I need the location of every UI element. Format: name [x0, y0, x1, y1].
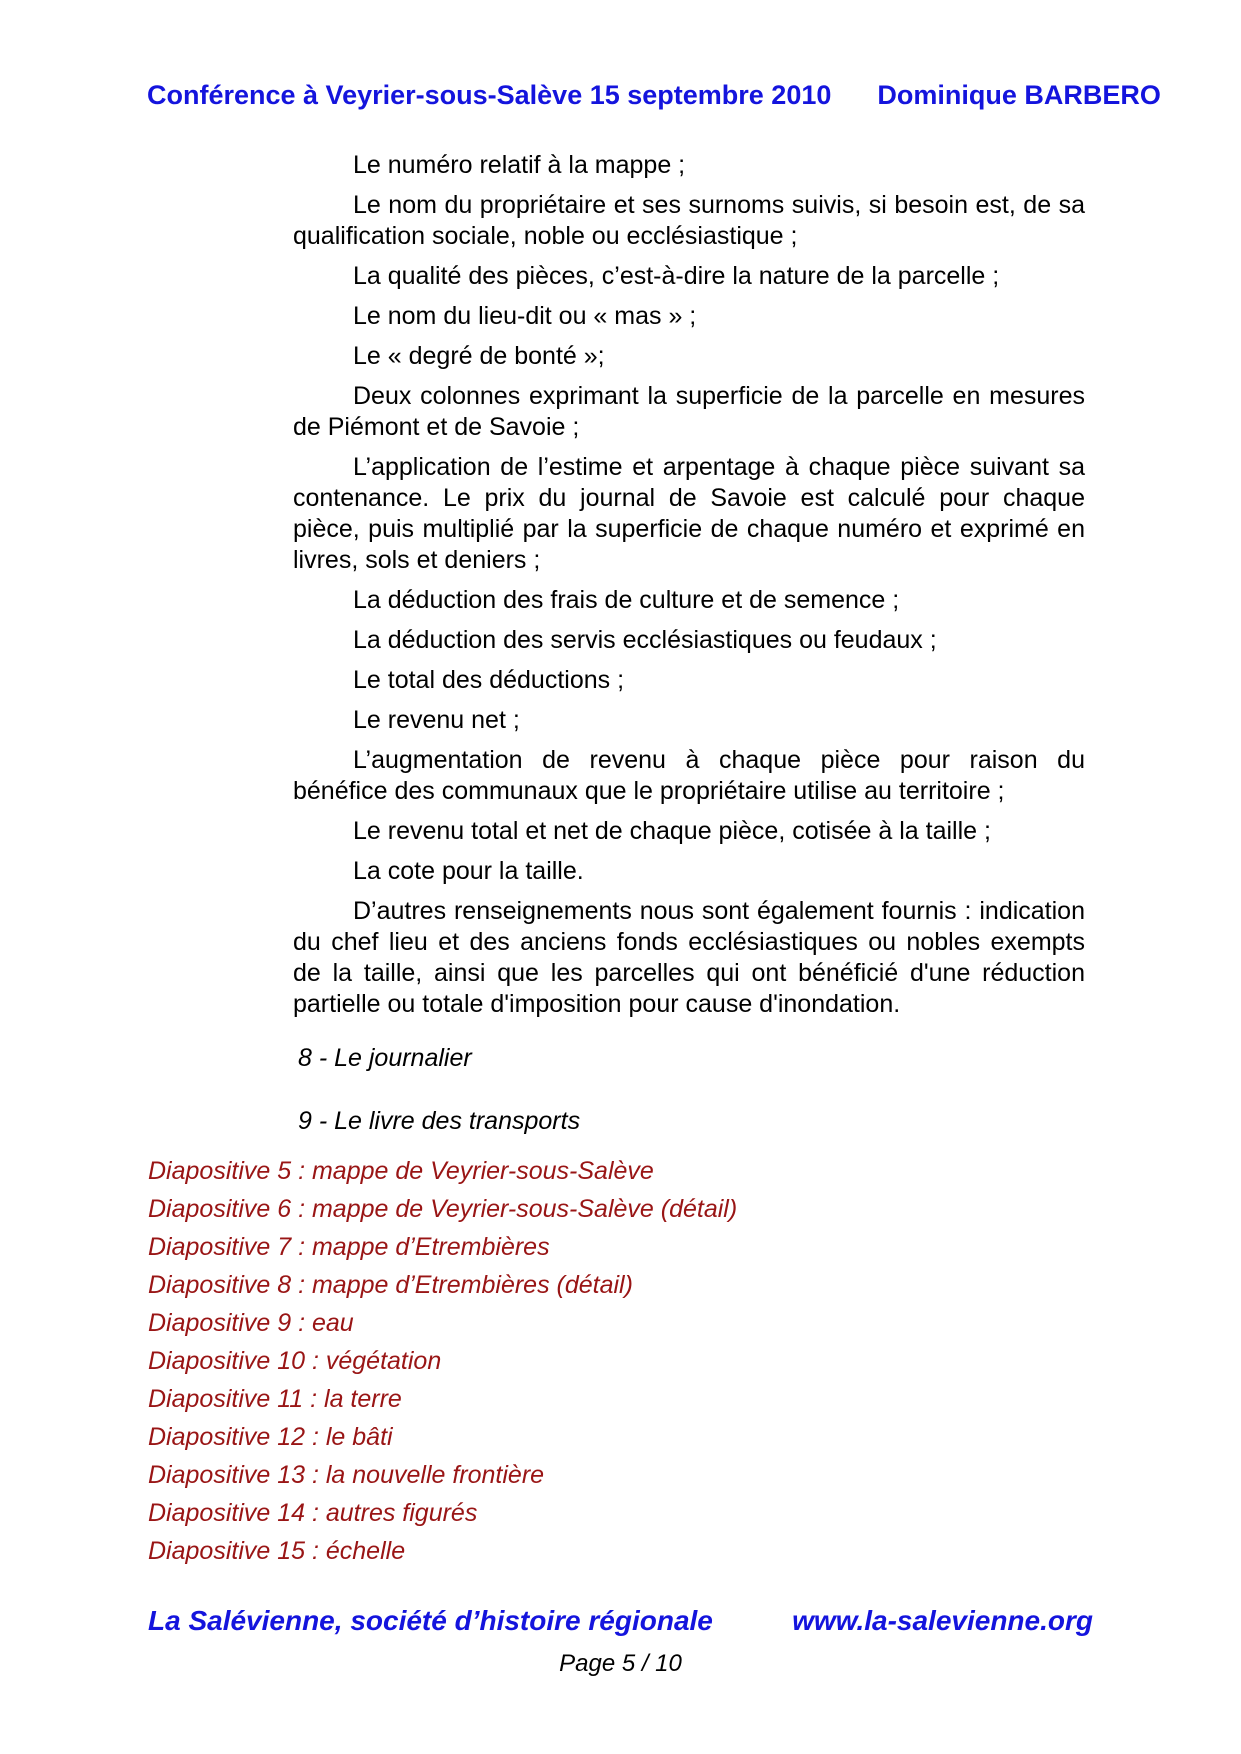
slide-list-item: Diapositive 5 : mappe de Veyrier-sous-Sa…: [148, 1156, 737, 1194]
footer-society-name: La Salévienne, société d’histoire région…: [148, 1605, 713, 1637]
slide-list-item: Diapositive 9 : eau: [148, 1308, 737, 1346]
paragraph: L’application de l’estime et arpentage à…: [293, 452, 1085, 576]
paragraph: Deux colonnes exprimant la superficie de…: [293, 381, 1085, 443]
slide-list-item: Diapositive 6 : mappe de Veyrier-sous-Sa…: [148, 1194, 737, 1232]
footer-website-url: www.la-salevienne.org: [792, 1605, 1093, 1637]
slide-list-item: Diapositive 10 : végétation: [148, 1346, 737, 1384]
body-text: Le numéro relatif à la mappe ; Le nom du…: [293, 150, 1085, 1029]
paragraph: Le nom du lieu-dit ou « mas » ;: [293, 301, 1085, 332]
section-heading-livre-transports: 9 - Le livre des transports: [298, 1107, 580, 1136]
header-author: Dominique BARBERO: [877, 80, 1161, 111]
paragraph: Le numéro relatif à la mappe ;: [293, 150, 1085, 181]
paragraph: La cote pour la taille.: [293, 856, 1085, 887]
paragraph: La déduction des servis ecclésiastiques …: [293, 625, 1085, 656]
paragraph: Le nom du propriétaire et ses surnoms su…: [293, 190, 1085, 252]
slide-list-item: Diapositive 8 : mappe d’Etrembières (dét…: [148, 1270, 737, 1308]
paragraph: La déduction des frais de culture et de …: [293, 585, 1085, 616]
header-title: Conférence à Veyrier-sous-Salève 15 sept…: [147, 80, 831, 111]
slide-list-item: Diapositive 7 : mappe d’Etrembières: [148, 1232, 737, 1270]
paragraph: Le « degré de bonté »;: [293, 341, 1085, 372]
paragraph: D’autres renseignements nous sont égalem…: [293, 896, 1085, 1020]
paragraph: Le revenu net ;: [293, 705, 1085, 736]
page-header: Conférence à Veyrier-sous-Salève 15 sept…: [147, 80, 1092, 111]
slide-list-item: Diapositive 13 : la nouvelle frontière: [148, 1460, 737, 1498]
page-footer: La Salévienne, société d’histoire région…: [148, 1605, 1093, 1637]
slide-list-item: Diapositive 15 : échelle: [148, 1536, 737, 1574]
paragraph: L’augmentation de revenu à chaque pièce …: [293, 745, 1085, 807]
slide-list-item: Diapositive 14 : autres figurés: [148, 1498, 737, 1536]
paragraph: Le total des déductions ;: [293, 665, 1085, 696]
slide-list-item: Diapositive 11 : la terre: [148, 1384, 737, 1422]
slide-list-item: Diapositive 12 : le bâti: [148, 1422, 737, 1460]
page-number: Page 5 / 10: [0, 1650, 1241, 1678]
paragraph: Le revenu total et net de chaque pièce, …: [293, 816, 1085, 847]
section-heading-journalier: 8 - Le journalier: [298, 1044, 472, 1073]
paragraph: La qualité des pièces, c’est-à-dire la n…: [293, 261, 1085, 292]
document-page: Conférence à Veyrier-sous-Salève 15 sept…: [0, 0, 1241, 1754]
slide-list: Diapositive 5 : mappe de Veyrier-sous-Sa…: [148, 1156, 737, 1574]
